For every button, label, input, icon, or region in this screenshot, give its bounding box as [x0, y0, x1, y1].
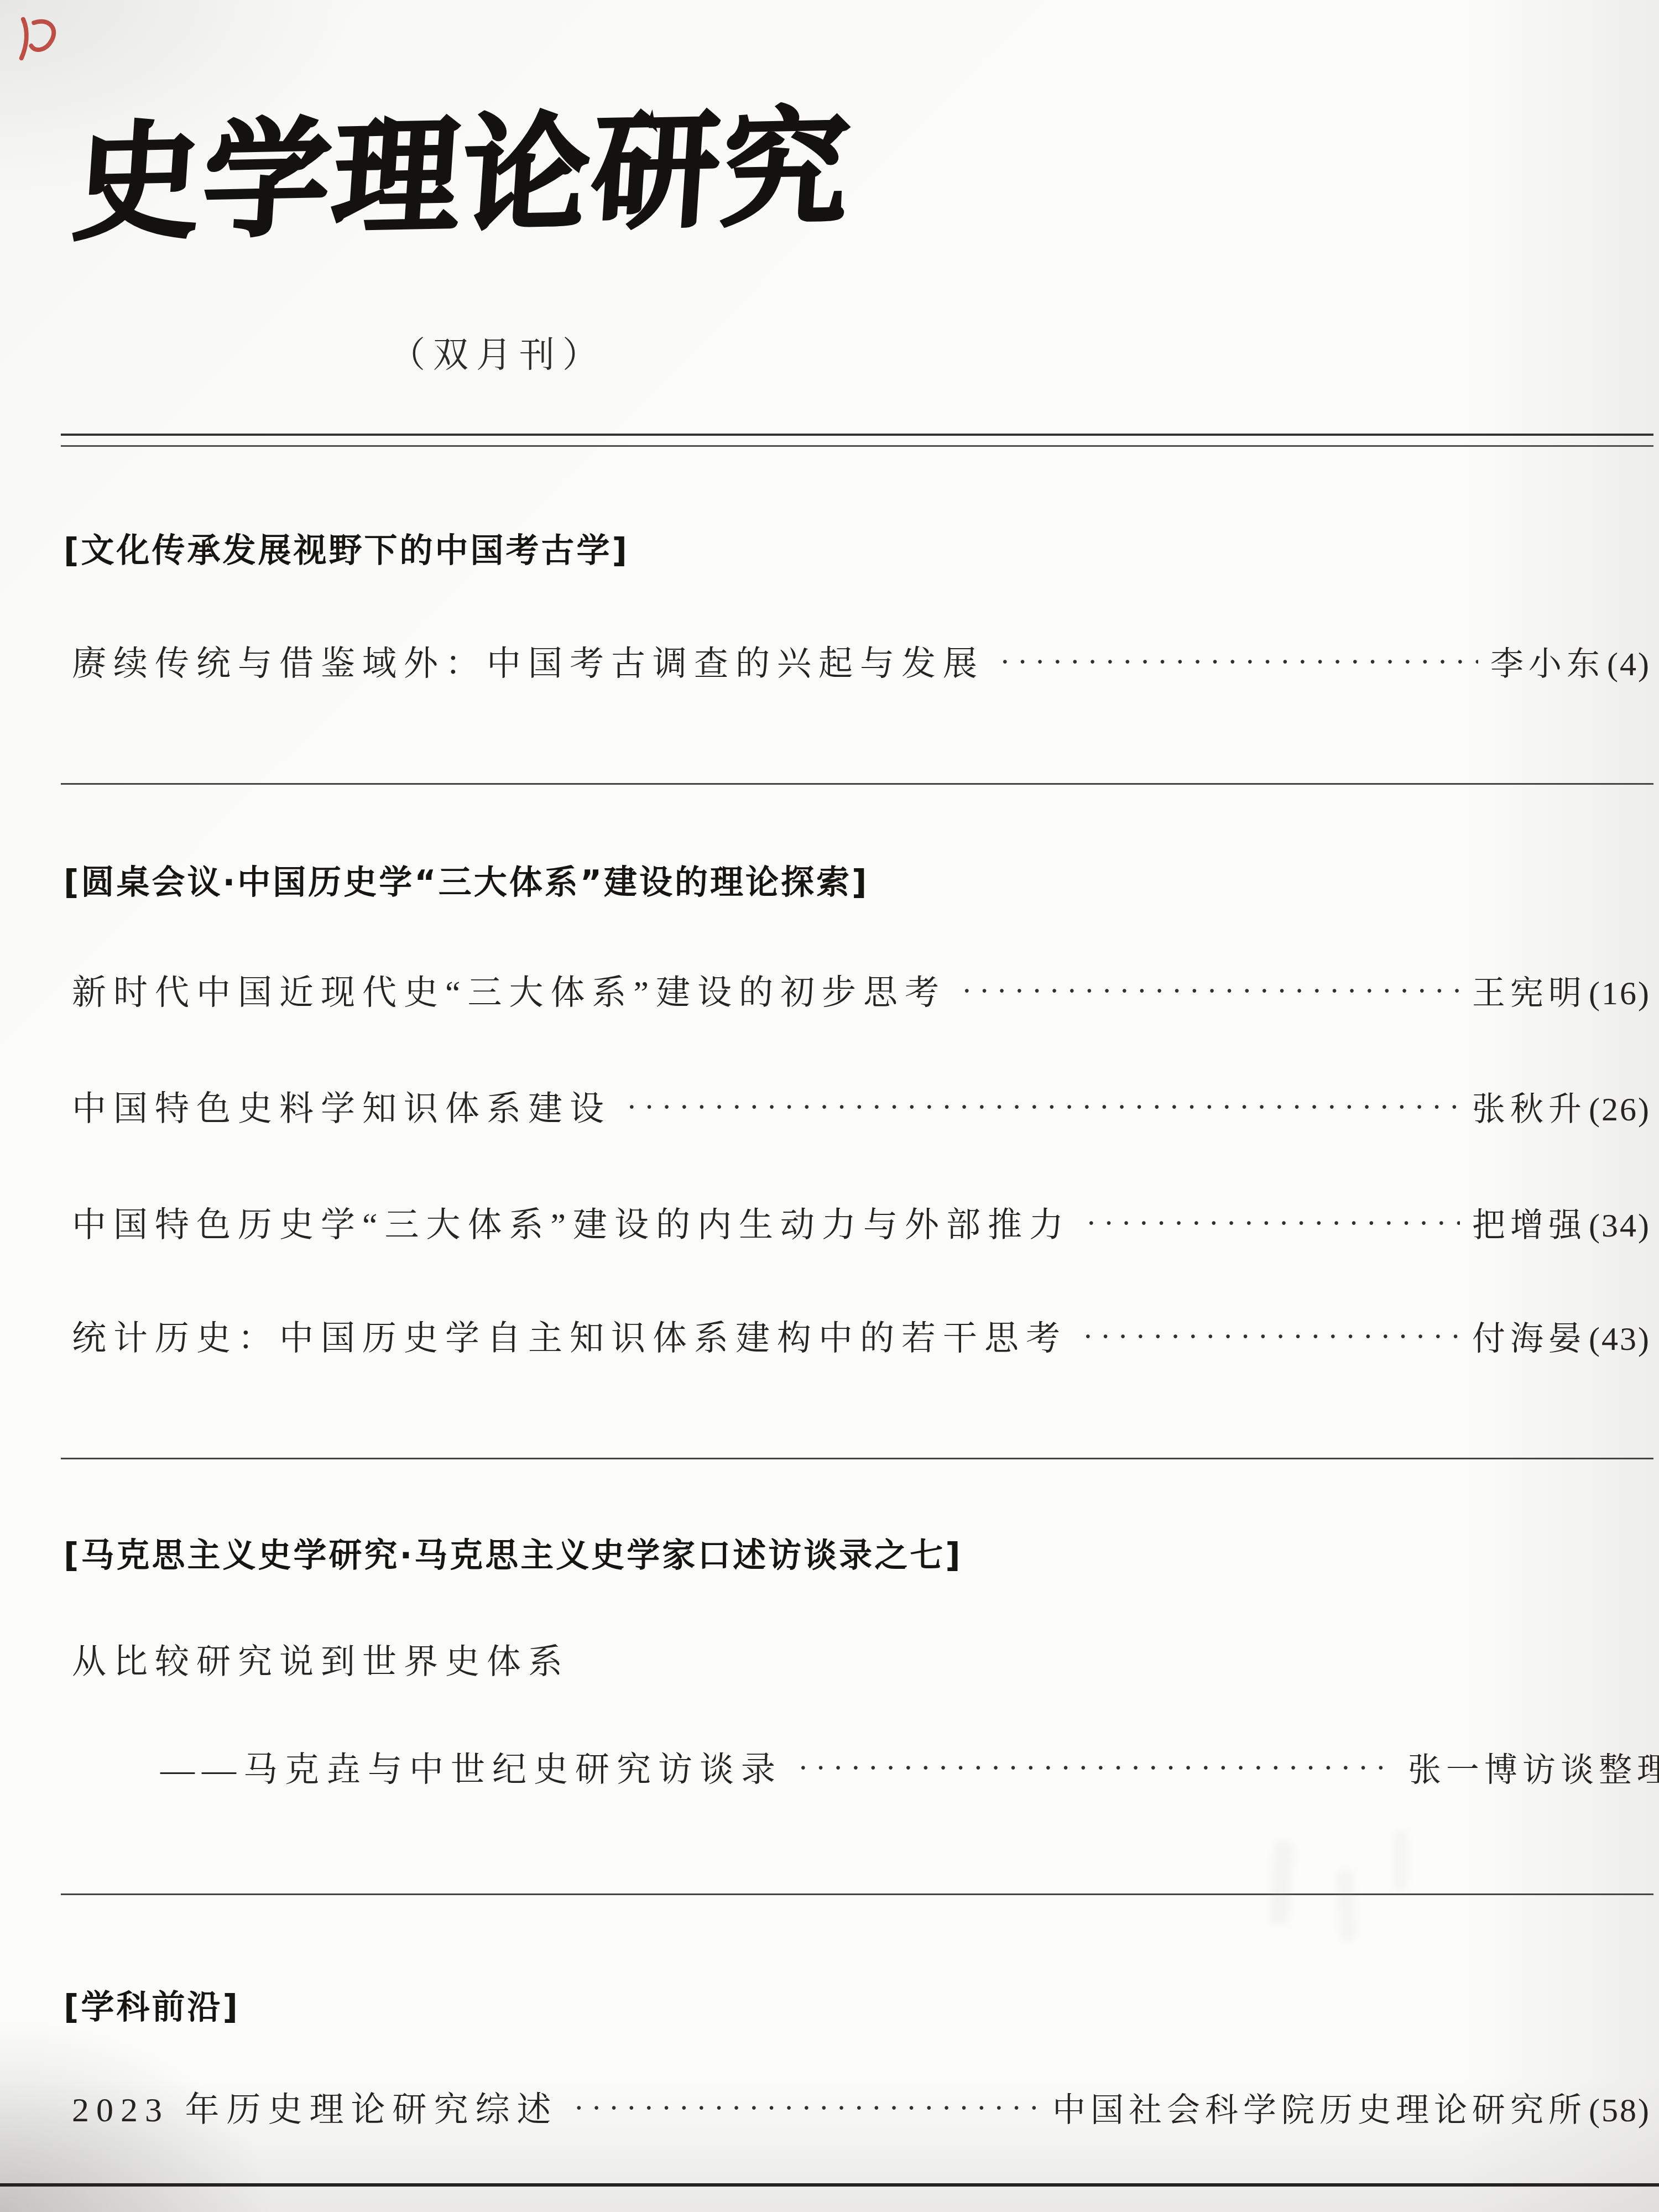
red-ink-mark	[14, 11, 67, 66]
toc-entry: 新时代中国近现代史“三大体系”建设的初步思考 王宪明 (16)	[72, 965, 1651, 1014]
entry-page-number: (16)	[1589, 974, 1651, 1013]
entry-subtitle-line2: ——马克垚与中世纪史研究访谈录	[160, 1742, 782, 1791]
section-divider	[61, 783, 1653, 785]
entry-title: 2023 年历史理论研究综述	[72, 2082, 559, 2131]
entry-page-number: (26)	[1589, 1091, 1651, 1129]
journal-title-calligraphy: 史学理论研究	[69, 85, 910, 268]
section-header-roundtable: [圆桌会议·中国历史学“三大体系”建设的理论探索]	[64, 856, 869, 904]
toc-entry: ——马克垚与中世纪史研究访谈录 张一博访谈整理 (50)	[72, 1742, 1659, 1791]
entry-page-number: (58)	[1589, 2091, 1651, 2130]
entry-author: 王宪明	[1472, 967, 1587, 1014]
entry-author: 张一博访谈整理	[1408, 1744, 1659, 1791]
page-bottom-rule	[0, 2183, 1659, 2187]
toc-entry: 中国特色史料学知识体系建设 张秋升 (26)	[72, 1081, 1651, 1130]
toc-entry: 中国特色历史学“三大体系”建设的内生动力与外部推力 把增强 (34)	[72, 1197, 1651, 1246]
dot-leader	[1086, 1202, 1460, 1242]
section-divider	[61, 1458, 1653, 1459]
entry-author: 付海晏	[1472, 1312, 1587, 1360]
dot-leader	[574, 2087, 1041, 2127]
entry-author: 把增强	[1472, 1199, 1587, 1246]
dot-leader	[1083, 1316, 1460, 1355]
section-divider	[61, 1893, 1653, 1895]
section-header-archaeology: [文化传承发展视野下的中国考古学]	[64, 524, 629, 572]
journal-toc-page: 史学理论研究 （双月刊） [文化传承发展视野下的中国考古学] 赓续传统与借鉴域外…	[0, 0, 1659, 2212]
dot-leader	[798, 1747, 1396, 1787]
bleed-through-smudge	[1394, 1830, 1408, 1891]
entry-author: 张秋升	[1472, 1083, 1587, 1130]
entry-title: 新时代中国近现代史“三大体系”建设的初步思考	[72, 965, 946, 1014]
toc-entry: 统计历史：中国历史学自主知识体系建构中的若干思考 付海晏 (43)	[72, 1311, 1651, 1360]
masthead-double-rule	[61, 434, 1653, 447]
entry-title: 中国特色历史学“三大体系”建设的内生动力与外部推力	[72, 1197, 1071, 1246]
section-header-discipline-frontier: [学科前沿]	[64, 1981, 240, 2028]
entry-page-number: (4)	[1607, 645, 1651, 684]
bleed-through-smudge	[1269, 1841, 1293, 1925]
journal-subtitle: （双月刊）	[390, 326, 606, 377]
toc-entry: 赓续传统与借鉴域外：中国考古调查的兴起与发展 李小东 (4)	[72, 636, 1651, 685]
entry-title-line1: 从比较研究说到世界史体系	[72, 1634, 570, 1683]
entry-page-number: (34)	[1589, 1207, 1651, 1245]
entry-title: 中国特色史料学知识体系建设	[72, 1081, 611, 1130]
entry-page-number: (43)	[1589, 1320, 1651, 1358]
entry-author: 中国社会科学院历史理论研究所	[1052, 2084, 1587, 2131]
bleed-through-smudge	[1337, 1869, 1357, 1941]
entry-title: 统计历史：中国历史学自主知识体系建构中的若干思考	[72, 1311, 1067, 1360]
section-header-marxist-historiography: [马克思主义史学研究·马克思主义史学家口述访谈录之七]	[64, 1529, 963, 1577]
entry-author: 李小东	[1490, 638, 1605, 685]
toc-entry: 2023 年历史理论研究综述 中国社会科学院历史理论研究所 (58)	[72, 2082, 1651, 2131]
entry-title: 赓续传统与借鉴域外：中国考古调查的兴起与发展	[72, 636, 984, 685]
dot-leader	[627, 1086, 1460, 1126]
dot-leader	[962, 970, 1460, 1010]
dot-leader	[1000, 641, 1478, 681]
